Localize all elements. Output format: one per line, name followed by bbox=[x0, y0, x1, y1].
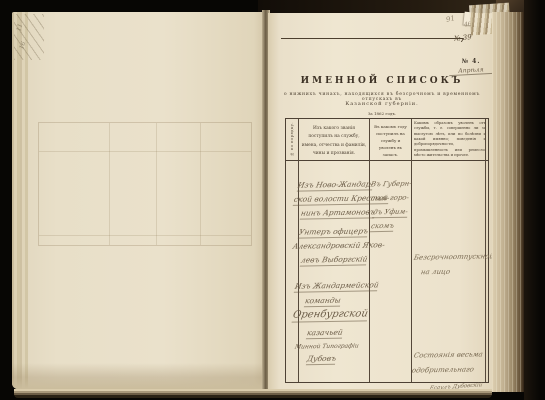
entry-line: скомъ bbox=[370, 222, 395, 232]
bottom-page-edges bbox=[14, 389, 492, 398]
column-service-year: Въ какомъ году поступилъ на службу и уво… bbox=[370, 119, 412, 382]
entry-line: команды bbox=[304, 296, 342, 307]
entry-line: нинъ Артамоновъ bbox=[300, 207, 376, 219]
document-number: № 4. bbox=[451, 58, 491, 65]
left-page-corner-folds bbox=[14, 14, 44, 60]
document-year-line: За 1862 годъ. bbox=[282, 111, 482, 116]
entry-line: Александровскій Яков- bbox=[292, 240, 386, 251]
entry-line: дъ Уфим- bbox=[372, 208, 409, 218]
fore-edge-page-stack bbox=[492, 12, 524, 392]
header-discharge-details: Какимъ образомъ уволенъ отъ службы, т. е… bbox=[412, 119, 488, 161]
left-page-stacked-edges bbox=[12, 12, 28, 389]
document-title: ИМЕННОЙ СПИСОКЪ bbox=[282, 76, 482, 86]
handwritten-date-note: Апрѣля bbox=[449, 66, 493, 76]
entry-line: Минной Типографіи bbox=[294, 342, 359, 350]
entry-line: Унтеръ офицеръ bbox=[298, 226, 369, 238]
entry-line: на лицо bbox=[420, 268, 451, 277]
left-page-bottom-curl bbox=[12, 363, 264, 389]
entry-line: казачьей bbox=[306, 328, 344, 339]
grid-line bbox=[109, 123, 110, 245]
column-discharge-details: Какимъ образомъ уволенъ отъ службы, т. е… bbox=[412, 119, 488, 382]
header-number-column: № по порядку. bbox=[286, 119, 298, 161]
show-through-table-grid bbox=[38, 122, 252, 246]
header-identity: Изъ какого званія поступилъ на службу, и… bbox=[299, 119, 369, 161]
top-ink-rule bbox=[281, 38, 463, 39]
entry-line: Оренбургской bbox=[292, 308, 369, 322]
grid-line bbox=[39, 151, 251, 152]
header-number-label: № по порядку. bbox=[290, 122, 294, 156]
entry-line: одобрительнаго bbox=[411, 365, 474, 374]
handwritten-page-number: № 39 bbox=[454, 33, 473, 43]
pencil-annotation: 91 bbox=[445, 14, 456, 24]
entry-line: Состоянія весьма bbox=[413, 350, 483, 359]
document-subtitle-line2: Казанской губерніи. bbox=[282, 101, 482, 107]
entry-line: Безсрочноотпускной bbox=[413, 252, 495, 261]
grid-line bbox=[200, 123, 201, 245]
grid-line bbox=[156, 123, 157, 245]
grid-line bbox=[39, 235, 251, 236]
entry-line: Дубовъ bbox=[306, 354, 337, 365]
entry-line: Изъ Жандармейской bbox=[294, 280, 380, 292]
header-service-year: Въ какомъ году поступилъ на службу и уво… bbox=[370, 119, 411, 161]
left-page: 11 16 bbox=[12, 12, 264, 389]
entry-line: Въ Губерн- bbox=[370, 180, 412, 189]
entry-line: левъ Выборгскій bbox=[300, 254, 368, 266]
entry-line: Изъ Ново-Жандар- bbox=[297, 179, 374, 191]
archival-photo: 11 16 91 46 № 39 № 4. Апрѣля ИМЕННОЙ СПИ… bbox=[0, 0, 545, 400]
entry-line: ской горо- bbox=[370, 194, 410, 203]
right-page: 91 46 № 39 № 4. Апрѣля ИМЕННОЙ СПИСОКЪ о… bbox=[268, 13, 492, 391]
book-backdrop-right bbox=[524, 0, 545, 400]
